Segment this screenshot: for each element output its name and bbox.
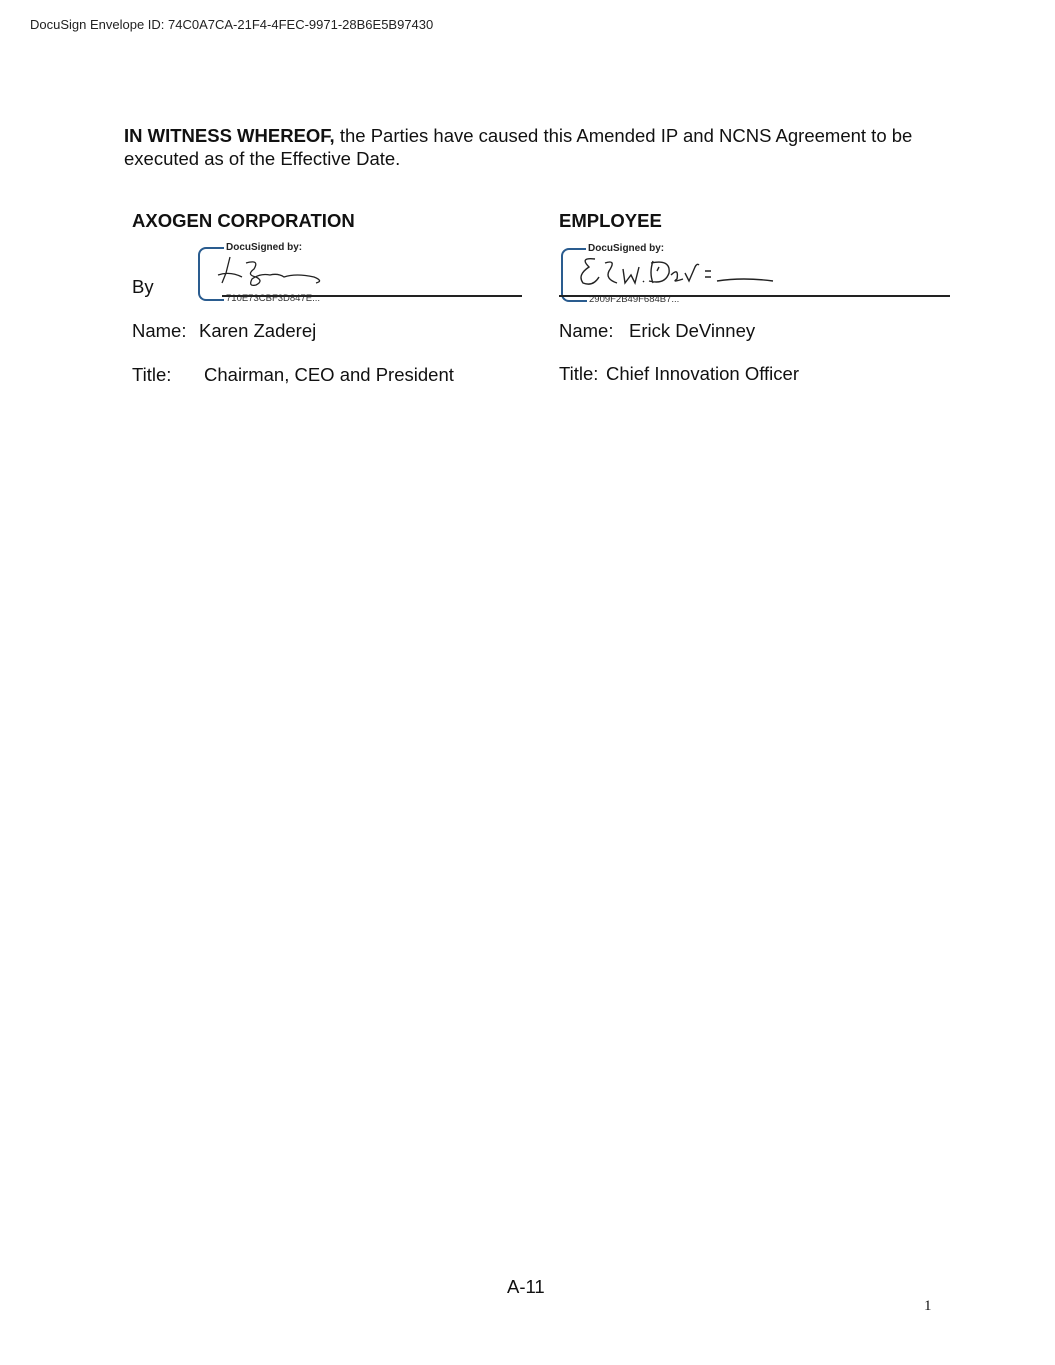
employee-signer-name: Erick DeVinney bbox=[629, 320, 755, 342]
employee-title-label: Title: bbox=[559, 363, 598, 385]
by-label: By bbox=[132, 276, 154, 298]
employee-name-label: Name: bbox=[559, 320, 614, 342]
witness-clause: IN WITNESS WHEREOF, the Parties have cau… bbox=[124, 124, 954, 170]
docusigned-by-label: DocuSigned by: bbox=[224, 242, 304, 253]
company-name-label: Name: bbox=[132, 320, 187, 342]
docusign-envelope-id: DocuSign Envelope ID: 74C0A7CA-21F4-4FEC… bbox=[30, 17, 433, 32]
employee-signature-line bbox=[559, 295, 950, 297]
company-heading: AXOGEN CORPORATION bbox=[132, 210, 355, 232]
company-title-label: Title: bbox=[132, 364, 171, 386]
page-number: 1 bbox=[924, 1298, 932, 1315]
company-signature-line bbox=[222, 295, 522, 297]
exhibit-page-label: A-11 bbox=[507, 1276, 545, 1298]
employee-heading: EMPLOYEE bbox=[559, 210, 662, 232]
employee-signer-title: Chief Innovation Officer bbox=[606, 363, 799, 385]
company-signer-title: Chairman, CEO and President bbox=[204, 364, 454, 386]
company-signer-name: Karen Zaderej bbox=[199, 320, 316, 342]
witness-clause-lead: IN WITNESS WHEREOF, bbox=[124, 125, 335, 146]
company-signature-image bbox=[216, 253, 326, 293]
employee-signature-image bbox=[573, 253, 778, 293]
